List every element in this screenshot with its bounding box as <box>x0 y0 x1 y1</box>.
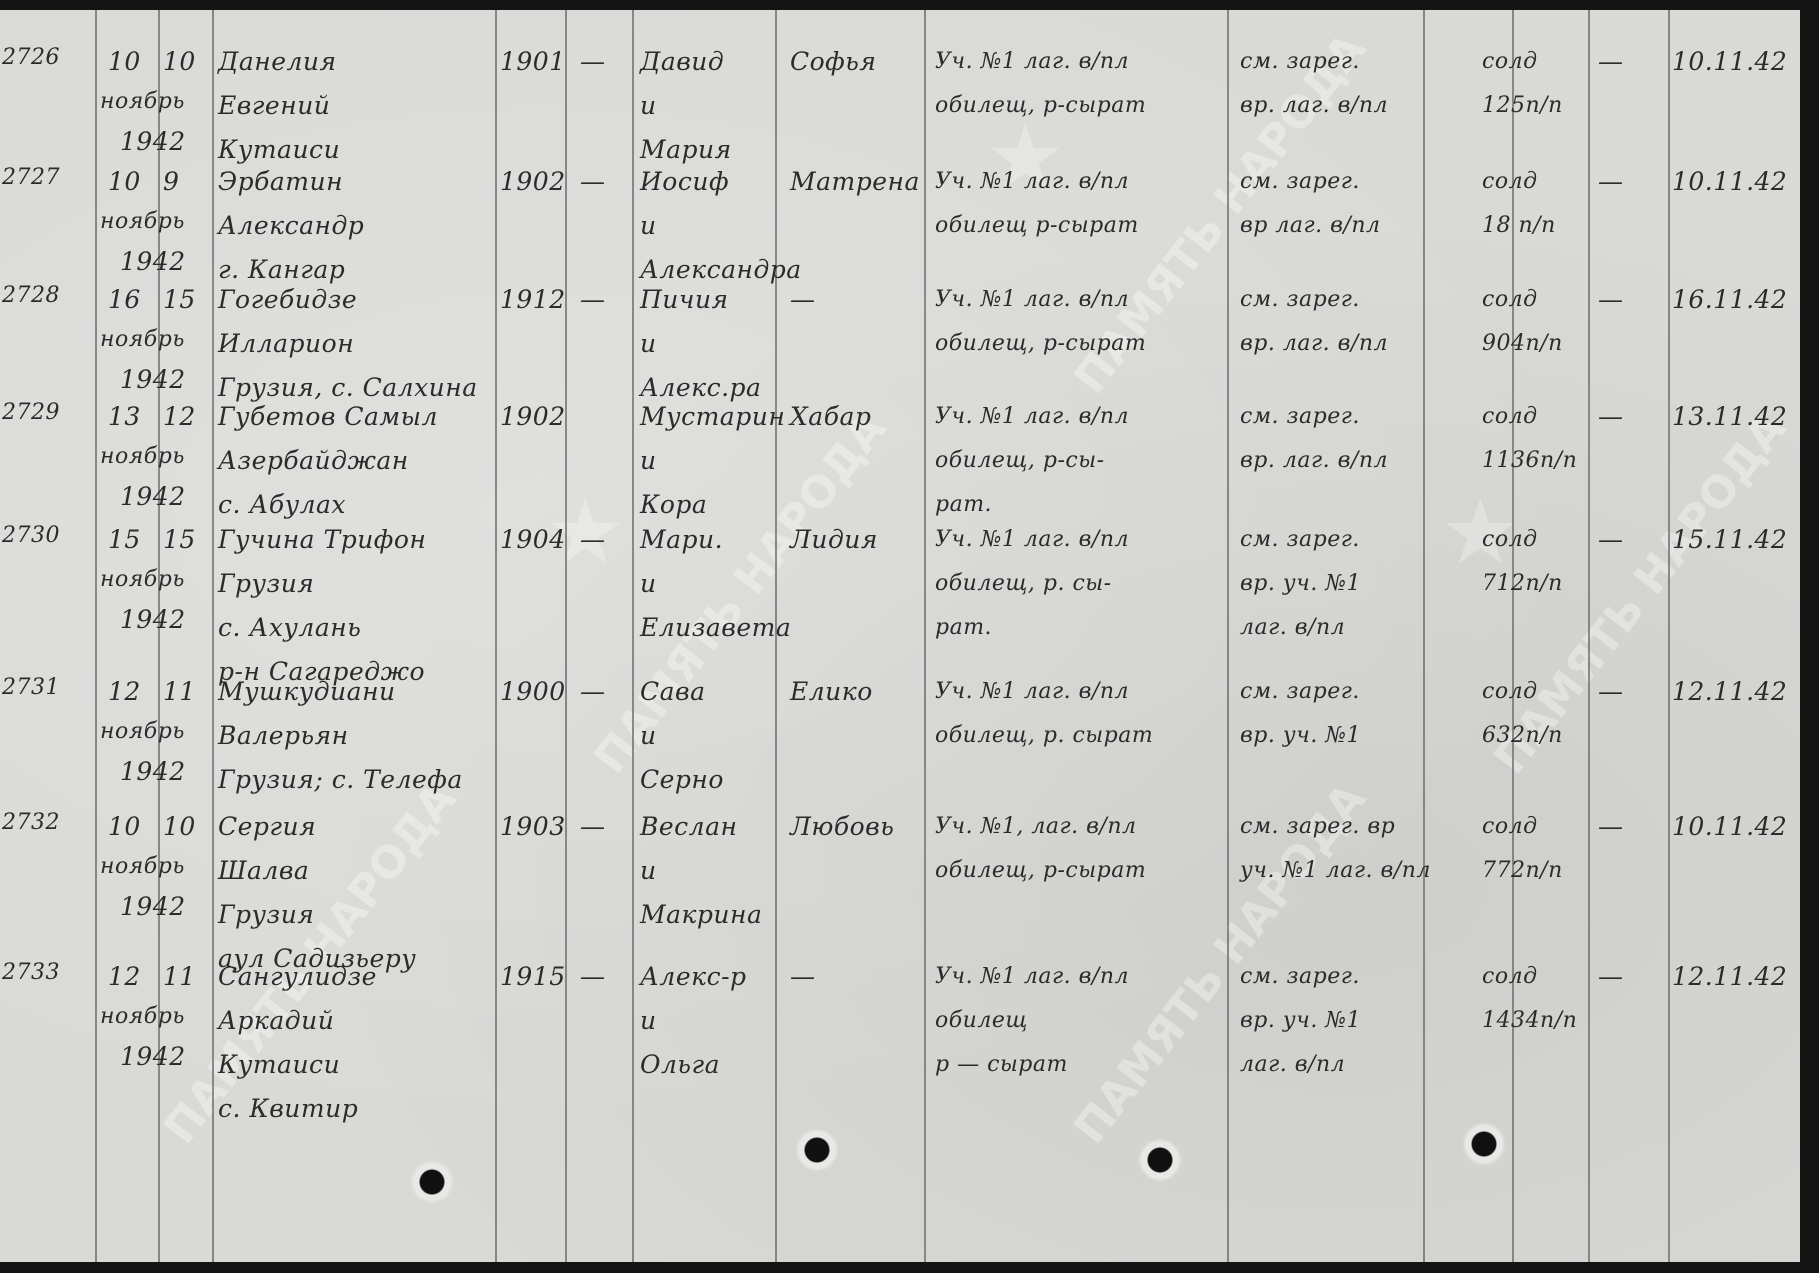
cell-parents-lines: МустариниКора <box>640 395 785 527</box>
cell-line: вр лаг. в/пл <box>1240 204 1381 248</box>
cell-line: 18 п/п <box>1482 204 1556 248</box>
cell-line: вр. лаг. в/пл <box>1240 322 1388 366</box>
cell-died-day: 11 <box>163 670 196 714</box>
cell-burial-lines: см. зарег.вр. лаг. в/пл <box>1240 278 1388 366</box>
cell-line: вр. уч. №1 <box>1240 999 1361 1043</box>
cell-burial-lines: см. зарег. вруч. №1 лаг. в/пл <box>1240 805 1431 893</box>
cell-line: р — сырат <box>935 1043 1129 1087</box>
cell-line: Данелия <box>218 40 340 84</box>
cell-burial-lines: см. зарег.вр. уч. №1 <box>1240 670 1361 758</box>
cell-parents-lines: ДавидиМария <box>640 40 732 172</box>
cell-burial-lines: см. зарег.вр. уч. №1лаг. в/пл <box>1240 955 1361 1087</box>
cell-arrived-day: 10 <box>108 805 141 849</box>
cell-line: Сангулидзе <box>218 955 377 999</box>
cell-line: Макрина <box>640 893 762 937</box>
cell-month: ноябрь <box>100 558 185 602</box>
cell-line: см. зарег. <box>1240 160 1381 204</box>
punch-hole <box>410 1160 454 1204</box>
cell-line: Веслан <box>640 805 762 849</box>
column-rule <box>1227 10 1229 1262</box>
cell-date: 15.11.42 <box>1672 518 1787 562</box>
cell-line: и <box>640 439 785 483</box>
cell-dash2: — <box>1598 160 1624 204</box>
cell-dash2: — <box>1598 395 1624 439</box>
cell-line: обилещ, р-сырат <box>935 849 1146 893</box>
cell-line: и <box>640 714 724 758</box>
cell-line: вр. уч. №1 <box>1240 714 1361 758</box>
cell-grave-lines: солд632п/п <box>1482 670 1563 758</box>
cell-death-place-lines: Уч. №1, лаг. в/плобилещ, р-сырат <box>935 805 1146 893</box>
cell-parents-lines: ПичияиАлекс.ра <box>640 278 761 410</box>
cell-date: 12.11.42 <box>1672 955 1787 999</box>
cell-parents-lines: Мари.иЕлизавета <box>640 518 791 650</box>
cell-died-day: 10 <box>163 40 196 84</box>
cell-line: Уч. №1 лаг. в/пл <box>935 40 1146 84</box>
cell-parents-lines: ВесланиМакрина <box>640 805 762 937</box>
cell-line: см. зарег. <box>1240 955 1361 999</box>
cell-name-lines: Губетов СамылАзербайджанс. Абулах <box>218 395 438 527</box>
cell-line: Уч. №1, лаг. в/пл <box>935 805 1146 849</box>
cell-wife: Любовь <box>790 805 894 849</box>
cell-arrived-day: 10 <box>108 40 141 84</box>
cell-arrived-day: 13 <box>108 395 141 439</box>
cell-birth-year: 1900 <box>500 670 566 714</box>
cell-line: Елизавета <box>640 606 791 650</box>
cell-dash1: — <box>580 160 606 204</box>
cell-dash2: — <box>1598 670 1624 714</box>
column-rule <box>1423 10 1425 1262</box>
cell-died-day: 15 <box>163 278 196 322</box>
cell-burial-lines: см. зарег.вр лаг. в/пл <box>1240 160 1381 248</box>
cell-birth-year: 1915 <box>500 955 566 999</box>
cell-year: 1942 <box>120 120 186 164</box>
cell-line: вр. уч. №1 <box>1240 562 1361 606</box>
cell-number: 2730 <box>2 518 60 554</box>
column-rule <box>495 10 497 1262</box>
cell-line: Илларион <box>218 322 478 366</box>
cell-line: обилещ, р. сы- <box>935 562 1129 606</box>
cell-death-place-lines: Уч. №1 лаг. в/плобилещр — сырат <box>935 955 1129 1087</box>
cell-arrived-day: 15 <box>108 518 141 562</box>
cell-wife: Матрена <box>790 160 920 204</box>
cell-line: Иосиф <box>640 160 802 204</box>
cell-line: 904п/п <box>1482 322 1563 366</box>
punch-hole <box>795 1128 839 1172</box>
cell-line: Гогебидзе <box>218 278 478 322</box>
cell-line: Уч. №1 лаг. в/пл <box>935 670 1153 714</box>
cell-line: вр. лаг. в/пл <box>1240 84 1388 128</box>
cell-number: 2728 <box>2 278 60 314</box>
cell-line: 772п/п <box>1482 849 1563 893</box>
cell-month: ноябрь <box>100 995 185 1039</box>
cell-wife: — <box>790 955 816 999</box>
cell-line: Шалва <box>218 849 416 893</box>
cell-wife: Софья <box>790 40 876 84</box>
cell-date: 13.11.42 <box>1672 395 1787 439</box>
cell-line: рат. <box>935 606 1129 650</box>
cell-line: Евгений <box>218 84 340 128</box>
cell-died-day: 9 <box>163 160 179 204</box>
cell-line: Ольга <box>640 1043 747 1087</box>
cell-death-place-lines: Уч. №1 лаг. в/плобилещ, р-сырат <box>935 278 1146 366</box>
cell-line: и <box>640 204 802 248</box>
cell-line: обилещ р-сырат <box>935 204 1139 248</box>
cell-line: Серно <box>640 758 724 802</box>
cell-month: ноябрь <box>100 318 185 362</box>
cell-died-day: 11 <box>163 955 196 999</box>
cell-burial-lines: см. зарег.вр. лаг. в/пл <box>1240 395 1388 483</box>
cell-line: 1136п/п <box>1482 439 1577 483</box>
cell-grave-lines: солд125п/п <box>1482 40 1563 128</box>
cell-dash1: — <box>580 805 606 849</box>
cell-death-place-lines: Уч. №1 лаг. в/плобилещ, р. сы-рат. <box>935 518 1129 650</box>
cell-dash1: — <box>580 278 606 322</box>
cell-line: Уч. №1 лаг. в/пл <box>935 395 1129 439</box>
cell-arrived-day: 12 <box>108 955 141 999</box>
cell-line: Грузия <box>218 562 426 606</box>
cell-dash1: — <box>580 40 606 84</box>
cell-month: ноябрь <box>100 710 185 754</box>
cell-line: солд <box>1482 160 1556 204</box>
cell-line: Александр <box>218 204 364 248</box>
cell-line: с. Ахулань <box>218 606 426 650</box>
punch-hole <box>1462 1122 1506 1166</box>
cell-wife: Хабар <box>790 395 871 439</box>
punch-hole <box>1138 1138 1182 1182</box>
cell-line: и <box>640 562 791 606</box>
cell-dash1: — <box>580 518 606 562</box>
cell-burial-lines: см. зарег.вр. лаг. в/пл <box>1240 40 1388 128</box>
cell-line: Давид <box>640 40 732 84</box>
cell-line: 125п/п <box>1482 84 1563 128</box>
cell-grave-lines: солд904п/п <box>1482 278 1563 366</box>
cell-name-lines: СангулидзеАркадийКутаисис. Квитир <box>218 955 377 1131</box>
cell-grave-lines: солд772п/п <box>1482 805 1563 893</box>
cell-line: Алекс-р <box>640 955 747 999</box>
cell-burial-lines: см. зарег.вр. уч. №1лаг. в/пл <box>1240 518 1361 650</box>
cell-line: 1434п/п <box>1482 999 1577 1043</box>
cell-parents-lines: СаваиСерно <box>640 670 724 802</box>
register-page: ★ ★ ★ ПАМЯТЬ НАРОДА ПАМЯТЬ НАРОДА ПАМЯТЬ… <box>0 10 1800 1262</box>
cell-wife: Лидия <box>790 518 878 562</box>
cell-dash2: — <box>1598 278 1624 322</box>
cell-month: ноябрь <box>100 845 185 889</box>
cell-line: лаг. в/пл <box>1240 1043 1361 1087</box>
cell-arrived-day: 12 <box>108 670 141 714</box>
cell-line: Сергия <box>218 805 416 849</box>
cell-line: уч. №1 лаг. в/пл <box>1240 849 1431 893</box>
cell-birth-year: 1902 <box>500 395 566 439</box>
cell-dash2: — <box>1598 518 1624 562</box>
column-rule <box>1588 10 1590 1262</box>
cell-dash2: — <box>1598 40 1624 84</box>
column-rule <box>632 10 634 1262</box>
cell-line: Мушкудиани <box>218 670 463 714</box>
column-rule <box>212 10 214 1262</box>
cell-number: 2732 <box>2 805 60 841</box>
cell-parents-lines: ИосифиАлександра <box>640 160 802 292</box>
cell-line: с. Квитир <box>218 1087 377 1131</box>
cell-line: Мустарин <box>640 395 785 439</box>
cell-birth-year: 1901 <box>500 40 566 84</box>
cell-line: Азербайджан <box>218 439 438 483</box>
cell-line: солд <box>1482 40 1563 84</box>
cell-line: обилещ, р-сы- <box>935 439 1129 483</box>
cell-birth-year: 1903 <box>500 805 566 849</box>
cell-date: 16.11.42 <box>1672 278 1787 322</box>
cell-year: 1942 <box>120 1035 186 1079</box>
cell-grave-lines: солд1434п/п <box>1482 955 1577 1043</box>
cell-line: 632п/п <box>1482 714 1563 758</box>
cell-death-place-lines: Уч. №1 лаг. в/плобилещ, р. сырат <box>935 670 1153 758</box>
cell-line: 712п/п <box>1482 562 1563 606</box>
cell-line: Гучина Трифон <box>218 518 426 562</box>
cell-arrived-day: 10 <box>108 160 141 204</box>
cell-month: ноябрь <box>100 435 185 479</box>
cell-line: и <box>640 84 732 128</box>
column-rule <box>924 10 926 1262</box>
cell-year: 1942 <box>120 885 186 929</box>
cell-line: см. зарег. <box>1240 278 1388 322</box>
cell-line: Кутаиси <box>218 1043 377 1087</box>
cell-died-day: 10 <box>163 805 196 849</box>
cell-number: 2729 <box>2 395 60 431</box>
cell-name-lines: ДанелияЕвгенийКутаиси <box>218 40 340 172</box>
cell-dash1: — <box>580 670 606 714</box>
cell-line: см. зарег. <box>1240 518 1361 562</box>
cell-wife: — <box>790 278 816 322</box>
cell-birth-year: 1902 <box>500 160 566 204</box>
cell-line: см. зарег. вр <box>1240 805 1431 849</box>
cell-month: ноябрь <box>100 200 185 244</box>
cell-date: 10.11.42 <box>1672 160 1787 204</box>
cell-line: лаг. в/пл <box>1240 606 1361 650</box>
cell-name-lines: Гучина ТрифонГрузияс. Ахуланьр-н Сагаред… <box>218 518 426 694</box>
cell-line: солд <box>1482 395 1577 439</box>
cell-line: Эрбатин <box>218 160 364 204</box>
cell-year: 1942 <box>120 598 186 642</box>
cell-line: см. зарег. <box>1240 40 1388 84</box>
cell-line: Уч. №1 лаг. в/пл <box>935 160 1139 204</box>
cell-line: солд <box>1482 805 1563 849</box>
cell-line: Пичия <box>640 278 761 322</box>
cell-grave-lines: солд1136п/п <box>1482 395 1577 483</box>
cell-death-place-lines: Уч. №1 лаг. в/плобилещ р-сырат <box>935 160 1139 248</box>
cell-line: обилещ, р. сырат <box>935 714 1153 758</box>
cell-line: см. зарег. <box>1240 395 1388 439</box>
cell-name-lines: МушкудианиВалерьянГрузия; с. Телефа <box>218 670 463 802</box>
cell-line: солд <box>1482 670 1563 714</box>
cell-died-day: 12 <box>163 395 196 439</box>
cell-number: 2733 <box>2 955 60 991</box>
cell-line: см. зарег. <box>1240 670 1361 714</box>
cell-year: 1942 <box>120 750 186 794</box>
cell-line: обилещ, р-сырат <box>935 322 1146 366</box>
cell-date: 10.11.42 <box>1672 805 1787 849</box>
cell-line: и <box>640 999 747 1043</box>
cell-dash1: — <box>580 955 606 999</box>
cell-parents-lines: Алекс-риОльга <box>640 955 747 1087</box>
column-rule <box>95 10 97 1262</box>
cell-line: Уч. №1 лаг. в/пл <box>935 278 1146 322</box>
cell-line: обилещ, р-сырат <box>935 84 1146 128</box>
cell-number: 2731 <box>2 670 60 706</box>
cell-line: Сава <box>640 670 724 714</box>
cell-line: солд <box>1482 955 1577 999</box>
cell-line: солд <box>1482 518 1563 562</box>
cell-line: Аркадий <box>218 999 377 1043</box>
cell-month: ноябрь <box>100 80 185 124</box>
cell-line: обилещ <box>935 999 1129 1043</box>
cell-died-day: 15 <box>163 518 196 562</box>
cell-line: солд <box>1482 278 1563 322</box>
cell-birth-year: 1912 <box>500 278 566 322</box>
cell-death-place-lines: Уч. №1 лаг. в/плобилещ, р-сы-рат. <box>935 395 1129 527</box>
cell-number: 2726 <box>2 40 60 76</box>
cell-date: 12.11.42 <box>1672 670 1787 714</box>
cell-line: Грузия <box>218 893 416 937</box>
cell-line: вр. лаг. в/пл <box>1240 439 1388 483</box>
cell-line: и <box>640 849 762 893</box>
cell-line: Мари. <box>640 518 791 562</box>
cell-dash2: — <box>1598 955 1624 999</box>
cell-wife: Елико <box>790 670 873 714</box>
cell-death-place-lines: Уч. №1 лаг. в/плобилещ, р-сырат <box>935 40 1146 128</box>
cell-name-lines: ГогебидзеИлларионГрузия, с. Салхина <box>218 278 478 410</box>
cell-line: и <box>640 322 761 366</box>
cell-line: Валерьян <box>218 714 463 758</box>
column-rule <box>1668 10 1670 1262</box>
cell-line: Уч. №1 лаг. в/пл <box>935 518 1129 562</box>
cell-name-lines: ЭрбатинАлександрг. Кангар <box>218 160 364 292</box>
cell-date: 10.11.42 <box>1672 40 1787 84</box>
cell-number: 2727 <box>2 160 60 196</box>
cell-line: Губетов Самыл <box>218 395 438 439</box>
cell-grave-lines: солд18 п/п <box>1482 160 1556 248</box>
cell-arrived-day: 16 <box>108 278 141 322</box>
cell-line: Уч. №1 лаг. в/пл <box>935 955 1129 999</box>
cell-grave-lines: солд712п/п <box>1482 518 1563 606</box>
cell-birth-year: 1904 <box>500 518 566 562</box>
cell-line: Грузия; с. Телефа <box>218 758 463 802</box>
cell-dash2: — <box>1598 805 1624 849</box>
cell-year: 1942 <box>120 475 186 519</box>
